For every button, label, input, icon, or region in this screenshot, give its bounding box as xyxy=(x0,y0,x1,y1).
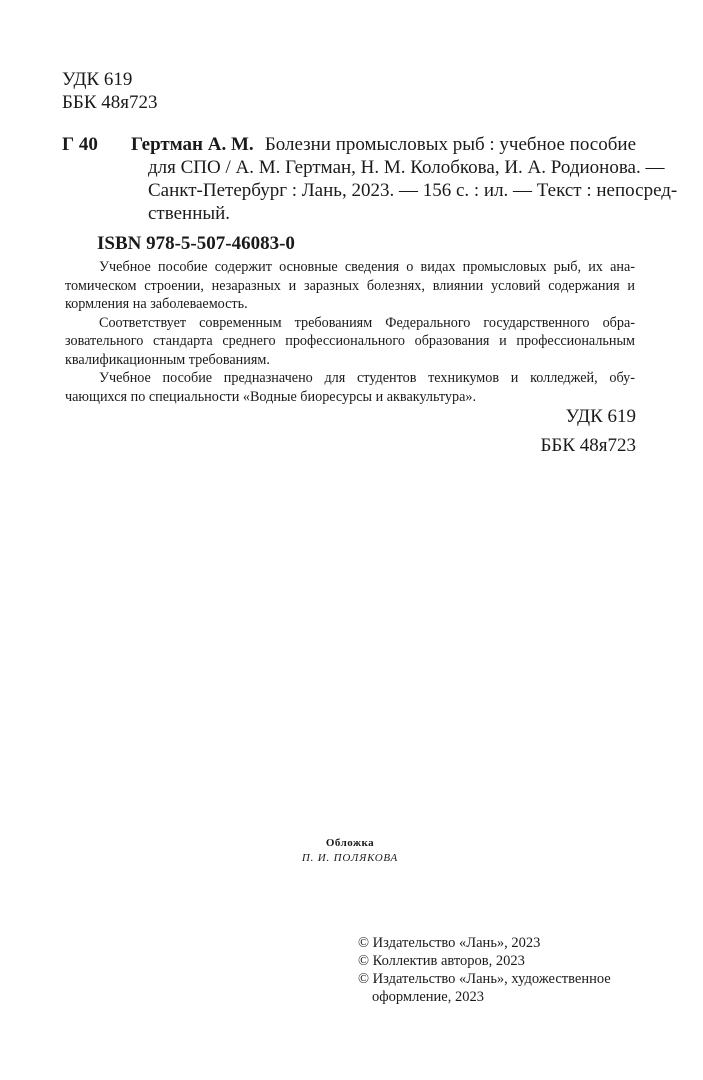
udk-code: УДК 619 xyxy=(541,405,636,428)
cover-title: Обложка xyxy=(250,836,450,851)
isbn: ISBN 978-5-507-46083-0 xyxy=(97,232,295,255)
annotation-paragraph: Соответствует современным требованиям Фе… xyxy=(65,314,635,370)
biblio-line: для СПО / А. М. Гертман, Н. М. Колобкова… xyxy=(148,156,636,179)
title-line: Болезни промысловых рыб : учебное пособи… xyxy=(265,133,636,156)
bbk-code: ББК 48я723 xyxy=(62,91,157,114)
classification-header: УДК 619 ББК 48я723 xyxy=(62,68,157,114)
biblio-line: Санкт-Петербург : Лань, 2023. — 156 с. :… xyxy=(148,179,636,202)
author-sign: Г 40 xyxy=(62,133,98,156)
author-name: Гертман А. М. xyxy=(131,133,254,156)
copyright-line: оформление, 2023 xyxy=(358,988,611,1006)
annotation-paragraph: Учебное пособие предназначено для студен… xyxy=(65,369,635,406)
bbk-code: ББК 48я723 xyxy=(541,434,636,457)
annotation: Учебное пособие содержит основные сведен… xyxy=(65,258,635,406)
udk-code: УДК 619 xyxy=(62,68,157,91)
copyright-line: © Коллектив авторов, 2023 xyxy=(358,952,611,970)
copyright-block: © Издательство «Лань», 2023 © Коллектив … xyxy=(358,934,611,1006)
biblio-line: ственный. xyxy=(148,202,636,225)
copyright-line: © Издательство «Лань», художественное xyxy=(358,970,611,988)
classification-footer: УДК 619 ББК 48я723 xyxy=(541,405,636,457)
cover-artist: П. И. ПОЛЯКОВА xyxy=(250,851,450,866)
cover-credit: Обложка П. И. ПОЛЯКОВА xyxy=(250,836,450,866)
bibliographic-record: Гертман А. М. Болезни промысловых рыб : … xyxy=(131,133,636,225)
copyright-line: © Издательство «Лань», 2023 xyxy=(358,934,611,952)
annotation-paragraph: Учебное пособие содержит основные сведен… xyxy=(65,258,635,314)
